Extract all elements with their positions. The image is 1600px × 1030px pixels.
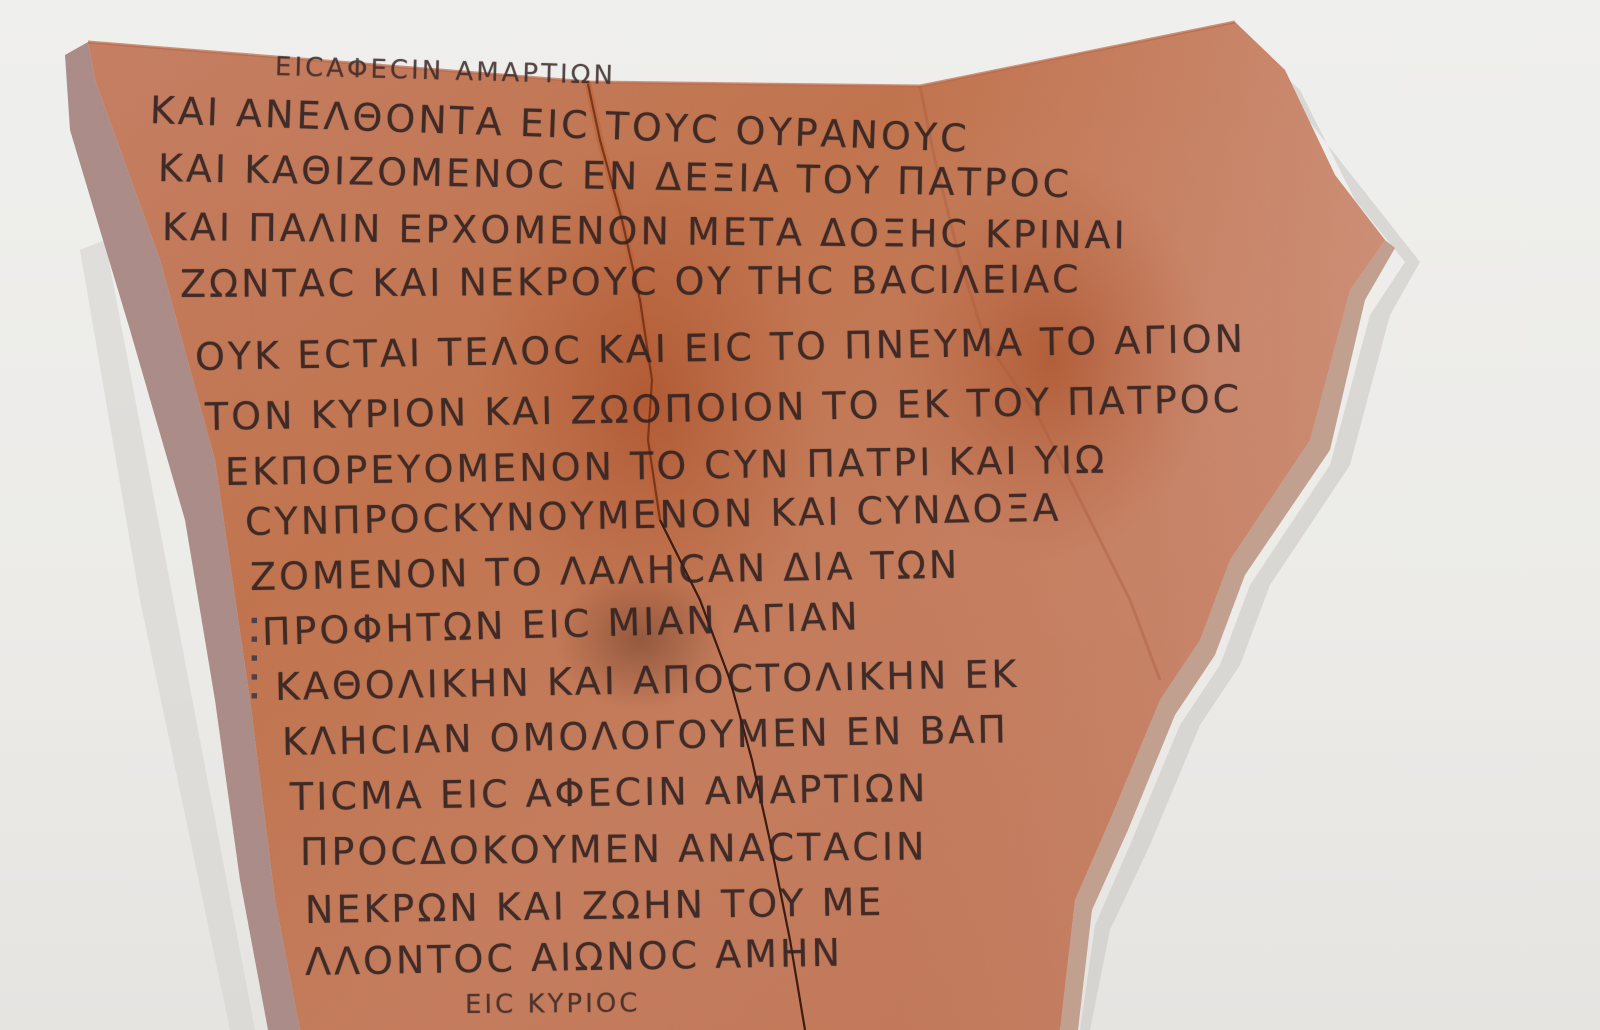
inscription-line-5: ΖΩΝΤΑϹ ΚΑΙ ΝΕΚΡΟΥϹ ΟΥ ΤΗϹ ΒΑϹΙΛΕΙΑϹ [180, 257, 1082, 306]
inventory-mark: ▪ ▪ ▪ ▪ ▪ [246, 615, 262, 700]
inscription-line-14: ΤΙϹΜΑ ΕΙϹ ΑΦΕϹΙΝ ΑΜΑΡΤΙΩΝ [290, 766, 929, 819]
inscription-line-15: ΠΡΟϹΔΟΚΟΥΜΕΝ ΑΝΑϹΤΑϹΙΝ [300, 825, 928, 874]
inscription-line-17: ΛΛΟΝΤΟϹ ΑΙΩΝΟϹ ΑΜΗΝ [305, 931, 844, 984]
inscription-line-4: ΚΑΙ ΠΑΛΙΝ ΕΡΧΟΜΕΝΟΝ ΜΕΤΑ ΔΟΞΗϹ ΚΡΙΝΑΙ [162, 205, 1128, 257]
inscription-line-16: ΝΕΚΡΩΝ ΚΑΙ ΖΩΗΝ ΤΟΥ ΜΕ [305, 880, 885, 932]
inscription-line-18: ΕΙϹ ΚΥΡΙΟϹ [465, 988, 641, 1020]
photo-scene: ΕΙϹΑΦΕϹΙΝ ΑΜΑΡΤΙΩΝ ΚΑΙ ΑΝΕΛΘΟΝΤΑ ΕΙϹ ΤΟΥ… [0, 0, 1600, 1030]
